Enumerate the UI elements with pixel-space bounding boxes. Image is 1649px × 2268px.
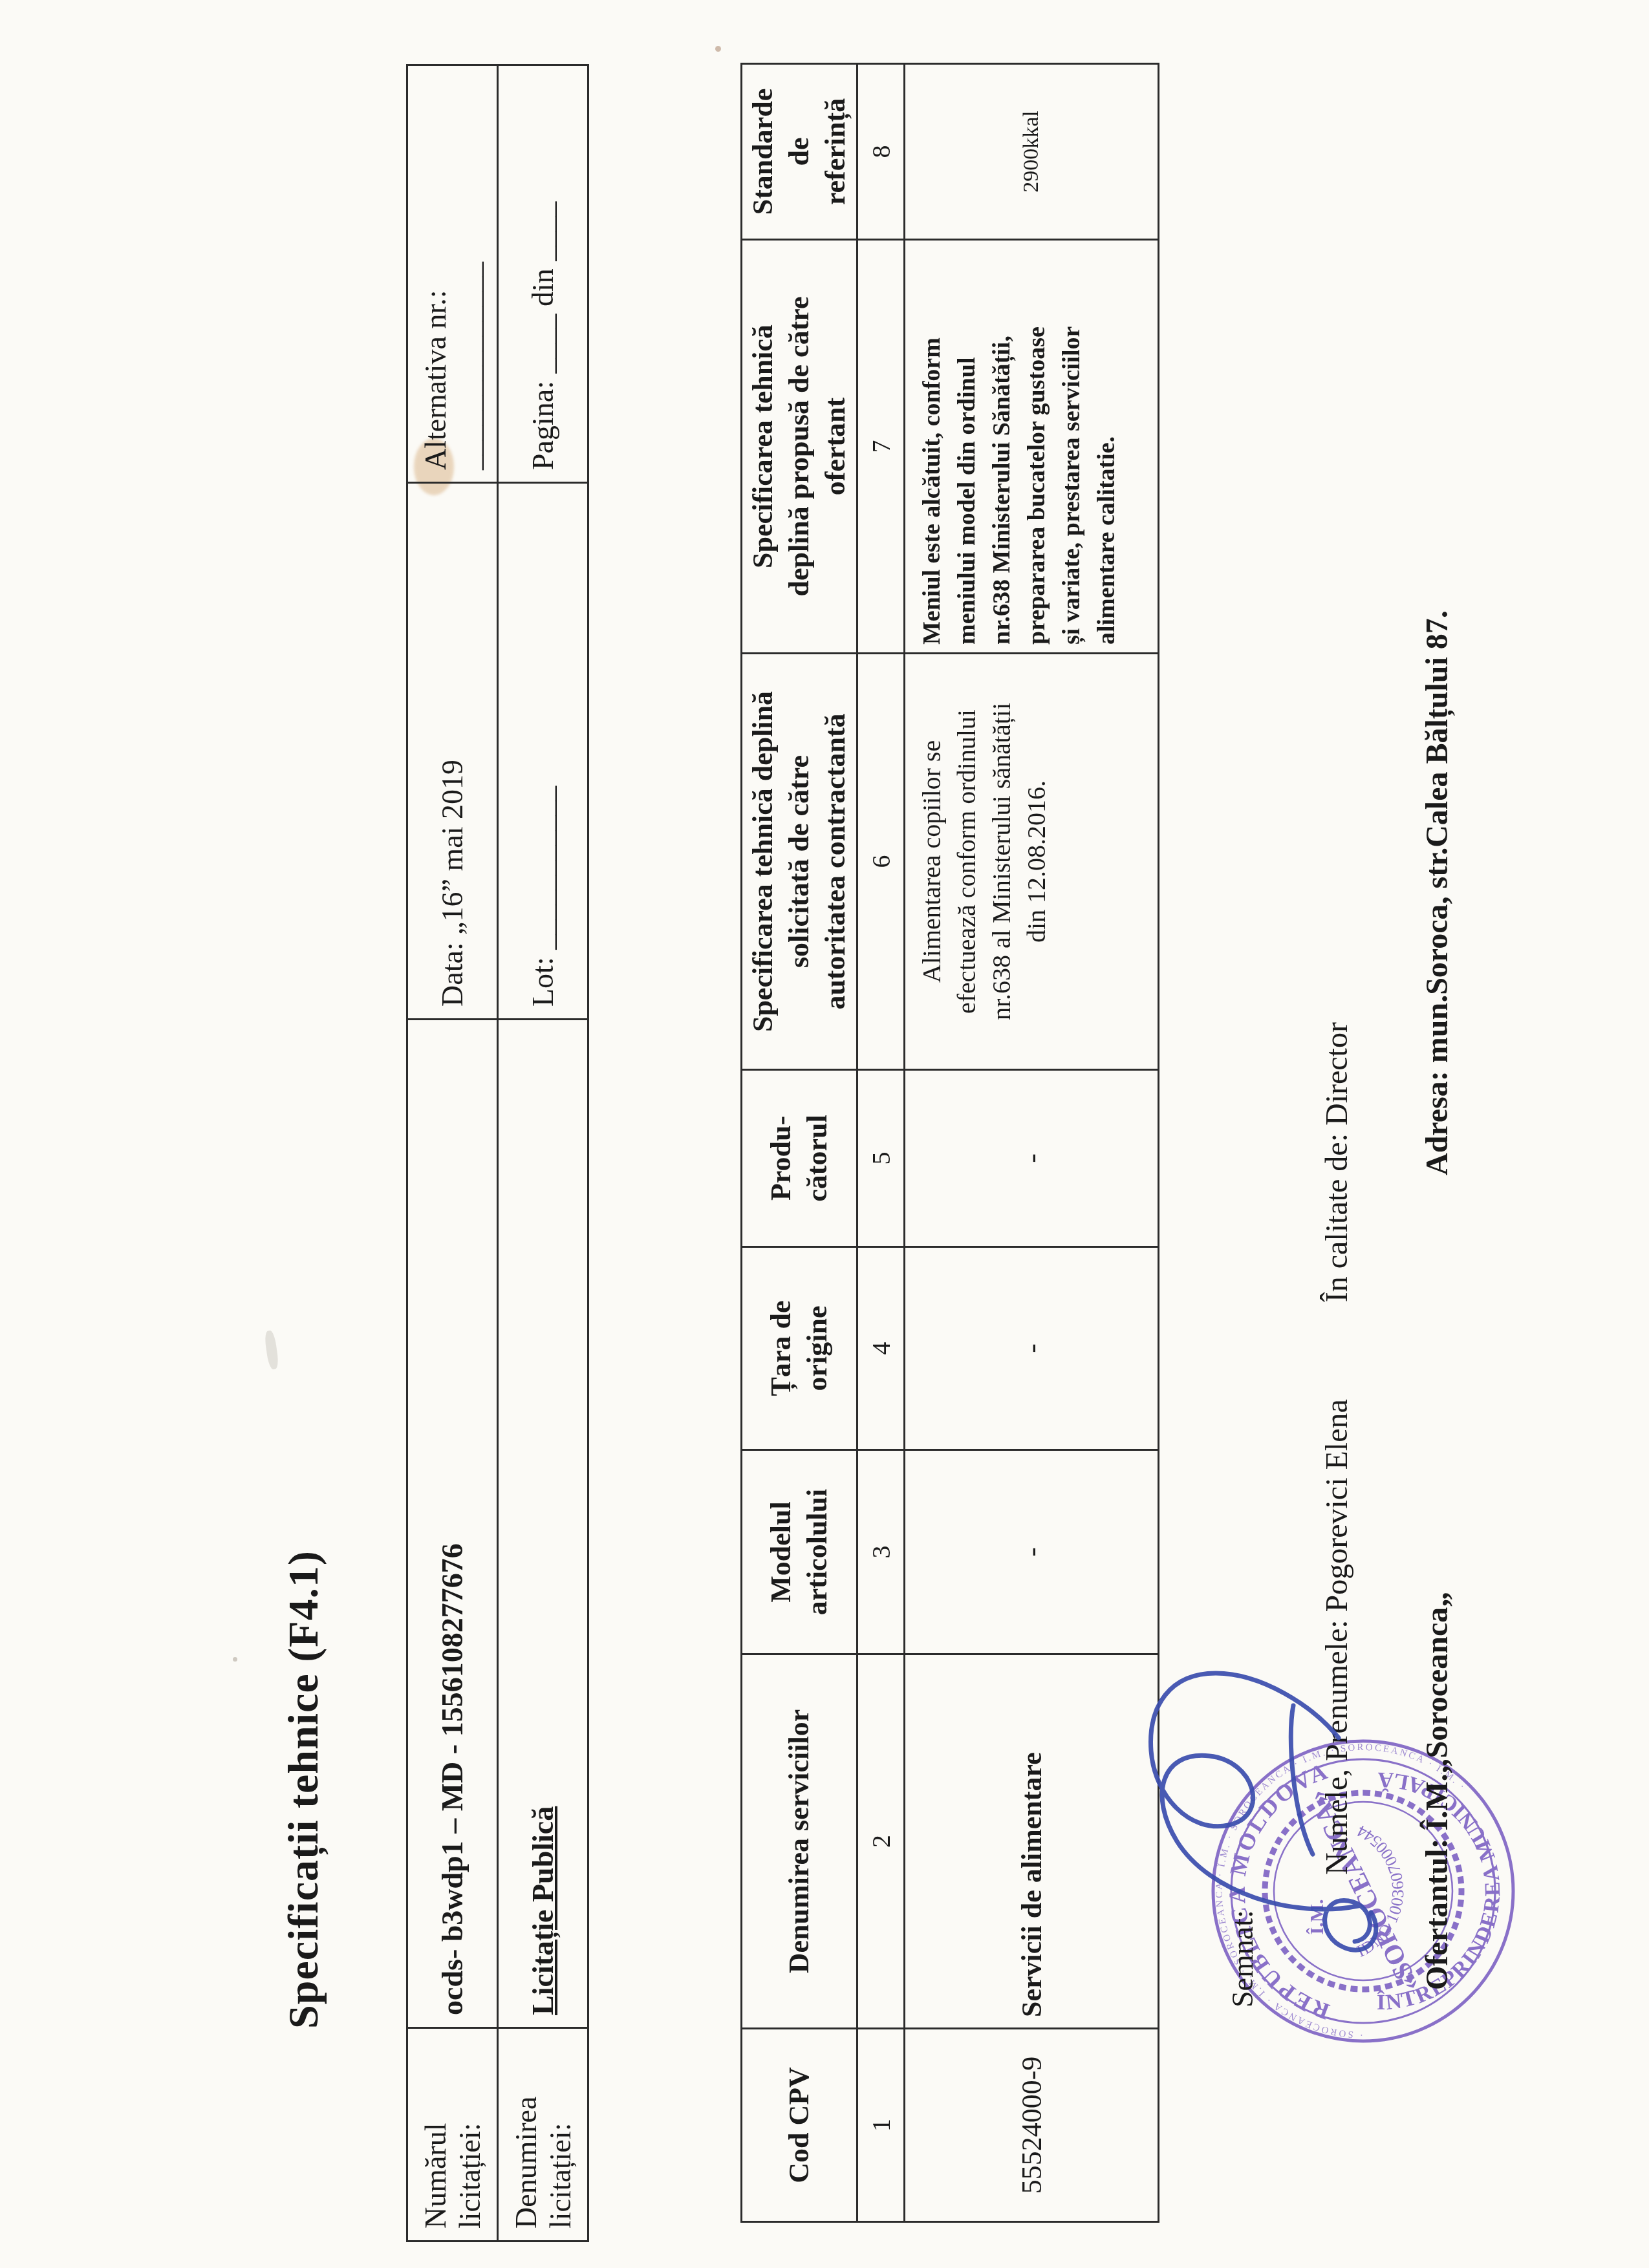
- header-tara-de-origine: Țara de origine: [742, 1247, 857, 1450]
- cell-producator: -: [905, 1070, 1159, 1247]
- value-ocds-id: ocds- b3wdp1 – MD - 1556108277676: [407, 1020, 498, 2028]
- table-header-row: Cod CPV Denumirea serviciilor Modelul ar…: [742, 64, 857, 2222]
- value-licitatie-publica: Licitație Publică: [498, 1020, 588, 2028]
- scan-smudge: [264, 1330, 279, 1370]
- scanned-page: { "page": { "title": "Specificații tehni…: [0, 0, 1649, 2268]
- page-title: Specificații tehnice (F4.1): [279, 1550, 329, 2029]
- scan-speck: [233, 1657, 237, 1662]
- header-denumirea-serviciilor: Denumirea serviciilor: [742, 1654, 857, 2029]
- col-number-8: 8: [857, 64, 905, 240]
- col-number-5: 5: [857, 1070, 905, 1247]
- document-sheet: Specificații tehnice (F4.1) Numărul lici…: [0, 0, 1649, 2268]
- label-numarul-licitatiei: Numărul licitației:: [407, 2028, 498, 2241]
- header-producatorul: Produ- cătorul: [742, 1070, 857, 1247]
- cell-spec-solicitata: Alimentarea copiilor se efectuează confo…: [905, 654, 1159, 1070]
- col-number-1: 1: [857, 2029, 905, 2222]
- info-table: Numărul licitației: ocds- b3wdp1 – MD - …: [406, 64, 589, 2242]
- cell-tara: -: [905, 1247, 1159, 1450]
- col-number-2: 2: [857, 1654, 905, 2029]
- value-date: Data: „16” mai 2019: [407, 483, 498, 1020]
- info-row-2: Denumirea licitației: Licitație Publică …: [498, 65, 588, 2241]
- signature-scribble: [1099, 1621, 1403, 2009]
- address-text: Adresa: mun.Soroca, str.Calea Bălțului 8…: [1419, 610, 1455, 1175]
- header-spec-propusa: Specificarea tehnică deplină propusă de …: [742, 240, 857, 654]
- cell-cod-cpv: 55524000-9: [905, 2029, 1159, 2222]
- scan-speck: [715, 46, 721, 52]
- header-standarde: Standarde de referință: [742, 64, 857, 240]
- col-number-3: 3: [857, 1450, 905, 1654]
- info-row-1: Numărul licitației: ocds- b3wdp1 – MD - …: [407, 65, 498, 2241]
- header-modelul-articolului: Modelul articolului: [742, 1450, 857, 1654]
- col-number-6: 6: [857, 654, 905, 1070]
- field-pagina: Pagina: ____ din ____: [498, 65, 588, 483]
- field-alternativa: Alternativa nr.: ______________: [407, 65, 498, 483]
- cell-standard: 2900kkal: [905, 64, 1159, 240]
- cell-spec-propusa: Meniul este alcătuit, conform meniului m…: [905, 240, 1159, 654]
- header-spec-solicitata: Specificarea tehnică deplină solicitată …: [742, 654, 857, 1070]
- role-text: În calitate de: Director: [1319, 1022, 1355, 1302]
- col-number-4: 4: [857, 1247, 905, 1450]
- table-number-row: 1 2 3 4 5 6 7 8: [857, 64, 905, 2222]
- col-number-7: 7: [857, 240, 905, 654]
- label-denumirea-licitatiei: Denumirea licitației:: [498, 2028, 588, 2241]
- field-lot: Lot: ___________: [498, 483, 588, 1020]
- offerer-text: Ofertantul: Î.M.„Soroceanca„: [1419, 1592, 1455, 1990]
- specifications-table: Cod CPV Denumirea serviciilor Modelul ar…: [740, 63, 1159, 2223]
- header-cod-cpv: Cod CPV: [742, 2029, 857, 2222]
